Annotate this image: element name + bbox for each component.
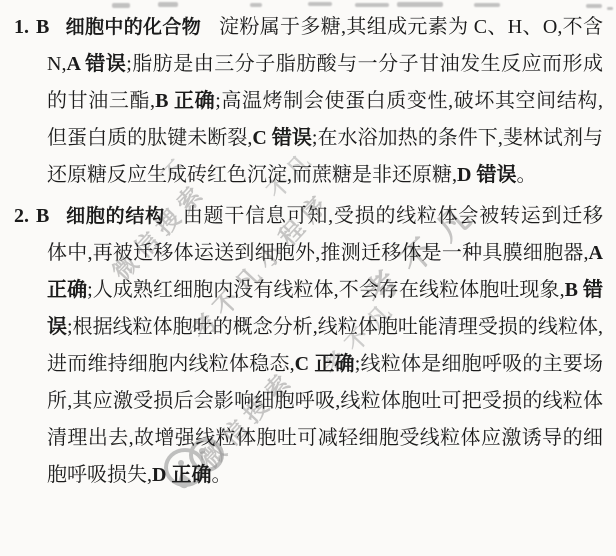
verdict-d: D 正确 xyxy=(152,464,211,486)
answers-document: 1.B细胞中的化合物淀粉属于多糖,其组成元素为 C、H、O,不含 N,A 错误;… xyxy=(14,9,603,494)
answer-item-1: 1.B细胞中的化合物淀粉属于多糖,其组成元素为 C、H、O,不含 N,A 错误;… xyxy=(14,9,603,194)
verdict-a: A 错误 xyxy=(66,53,126,75)
answer-letter: B xyxy=(36,16,49,38)
answer-letter: B xyxy=(36,205,49,227)
explanation-segment: 。 xyxy=(516,164,536,186)
item-number: 2. xyxy=(14,205,29,227)
topic-label: 细胞中的化合物 xyxy=(65,17,201,38)
verdict-c: C 错误 xyxy=(252,127,312,149)
verdict-b: B 正确 xyxy=(155,90,215,112)
explanation-segment: 。 xyxy=(211,464,231,486)
item-number: 1. xyxy=(14,16,29,38)
answer-item-2: 2.B细胞的结构由题干信息可知,受损的线粒体会被转运到迁移体中,再被迁移体运送到… xyxy=(14,198,603,494)
answer-sheet-page: 微信搜索 考不凡小程序 考不凡 微信搜索 考不凡 不 不凡 1.B细胞中的化合物… xyxy=(0,0,616,556)
topic-label: 细胞的结构 xyxy=(65,206,165,227)
verdict-d: D 错误 xyxy=(457,164,516,186)
verdict-c: C 正确 xyxy=(295,353,355,375)
explanation-segment: ;人成熟红细胞内没有线粒体,不会存在线粒体胞吐现象, xyxy=(87,279,564,301)
